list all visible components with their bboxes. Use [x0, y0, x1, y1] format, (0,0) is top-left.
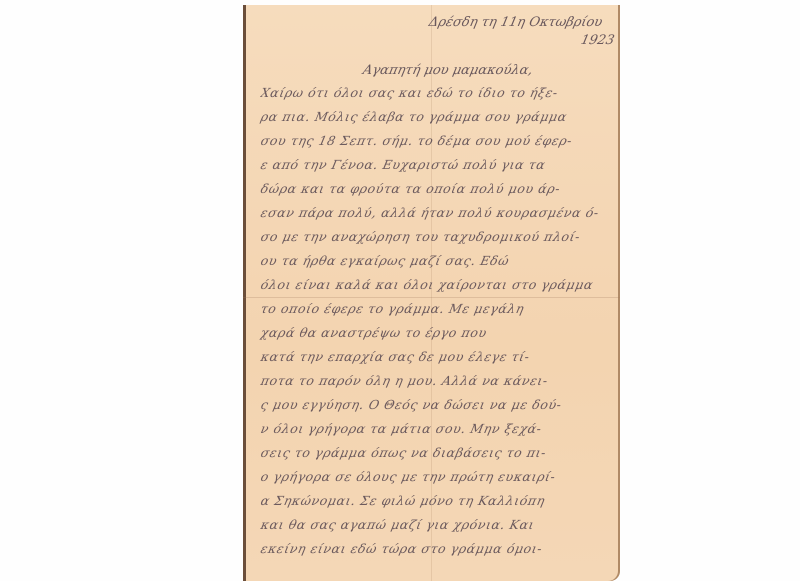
scanned-page: Δρέσδη τη 11η Οκτωβρίου 1923 Αγαπητή μου…: [0, 0, 800, 581]
letter-line: ν όλοι γρήγορα τα μάτια σου. Μην ξεχά-: [259, 421, 611, 436]
letter-line: δώρα και τα φρούτα τα οποία πολύ μου άρ-: [259, 181, 611, 196]
letter-line: σο με την αναχώρηση του ταχυδρομικού πλο…: [259, 229, 611, 244]
letter-line: ποτα το παρόν όλη η μου. Αλλά να κάνει-: [259, 373, 611, 388]
letter-line: σου της 18 Σεπτ. σήμ. το δέμα σου μού έφ…: [259, 133, 611, 148]
letter-line: Χαίρω ότι όλοι σας και εδώ το ίδιο το ήξ…: [259, 85, 611, 100]
letter-line: σεις το γράμμα όπως να διαβάσεις το πι-: [259, 445, 611, 460]
letter-line: χαρά θα αναστρέψω το έργο που: [259, 325, 611, 340]
letter-line: όλοι είναι καλά και όλοι χαίρονται στο γ…: [259, 277, 611, 292]
letter-line: ο γρήγορα σε όλους με την πρώτη ευκαιρί-: [259, 469, 611, 484]
letter-line: ου τα ήρθα εγκαίρως μαζί σας. Εδώ: [259, 253, 611, 268]
letter-line: ρα πια. Μόλις έλαβα το γράμμα σου γράμμα: [259, 109, 611, 124]
letter-line: και θα σας αγαπώ μαζί για χρόνια. Και: [259, 517, 611, 532]
letter-place-date: Δρέσδη τη 11η Οκτωβρίου: [427, 15, 603, 30]
letter-line: α Σηκώνομαι. Σε φιλώ μόνο τη Καλλιόπη: [259, 493, 611, 508]
letter-line: κατά την επαρχία σας δε μου έλεγε τί-: [259, 349, 611, 364]
letter-year: 1923: [579, 33, 615, 48]
letter-line: εσαν πάρα πολύ, αλλά ήταν πολύ κουρασμέν…: [259, 205, 611, 220]
letter-line: το οποίο έφερε το γράμμα. Με μεγάλη: [259, 301, 611, 316]
letter-line: ε από την Γένοα. Ευχαριστώ πολύ για τα: [259, 157, 611, 172]
letter-line: εκείνη είναι εδώ τώρα στο γράμμα όμοι-: [259, 541, 611, 556]
letter-salutation: Αγαπητή μου μαμακούλα,: [361, 63, 534, 78]
letter-paper: Δρέσδη τη 11η Οκτωβρίου 1923 Αγαπητή μου…: [243, 5, 620, 581]
letter-line: ς μου εγγύηση. Ο Θεός να δώσει να με δού…: [259, 397, 611, 412]
